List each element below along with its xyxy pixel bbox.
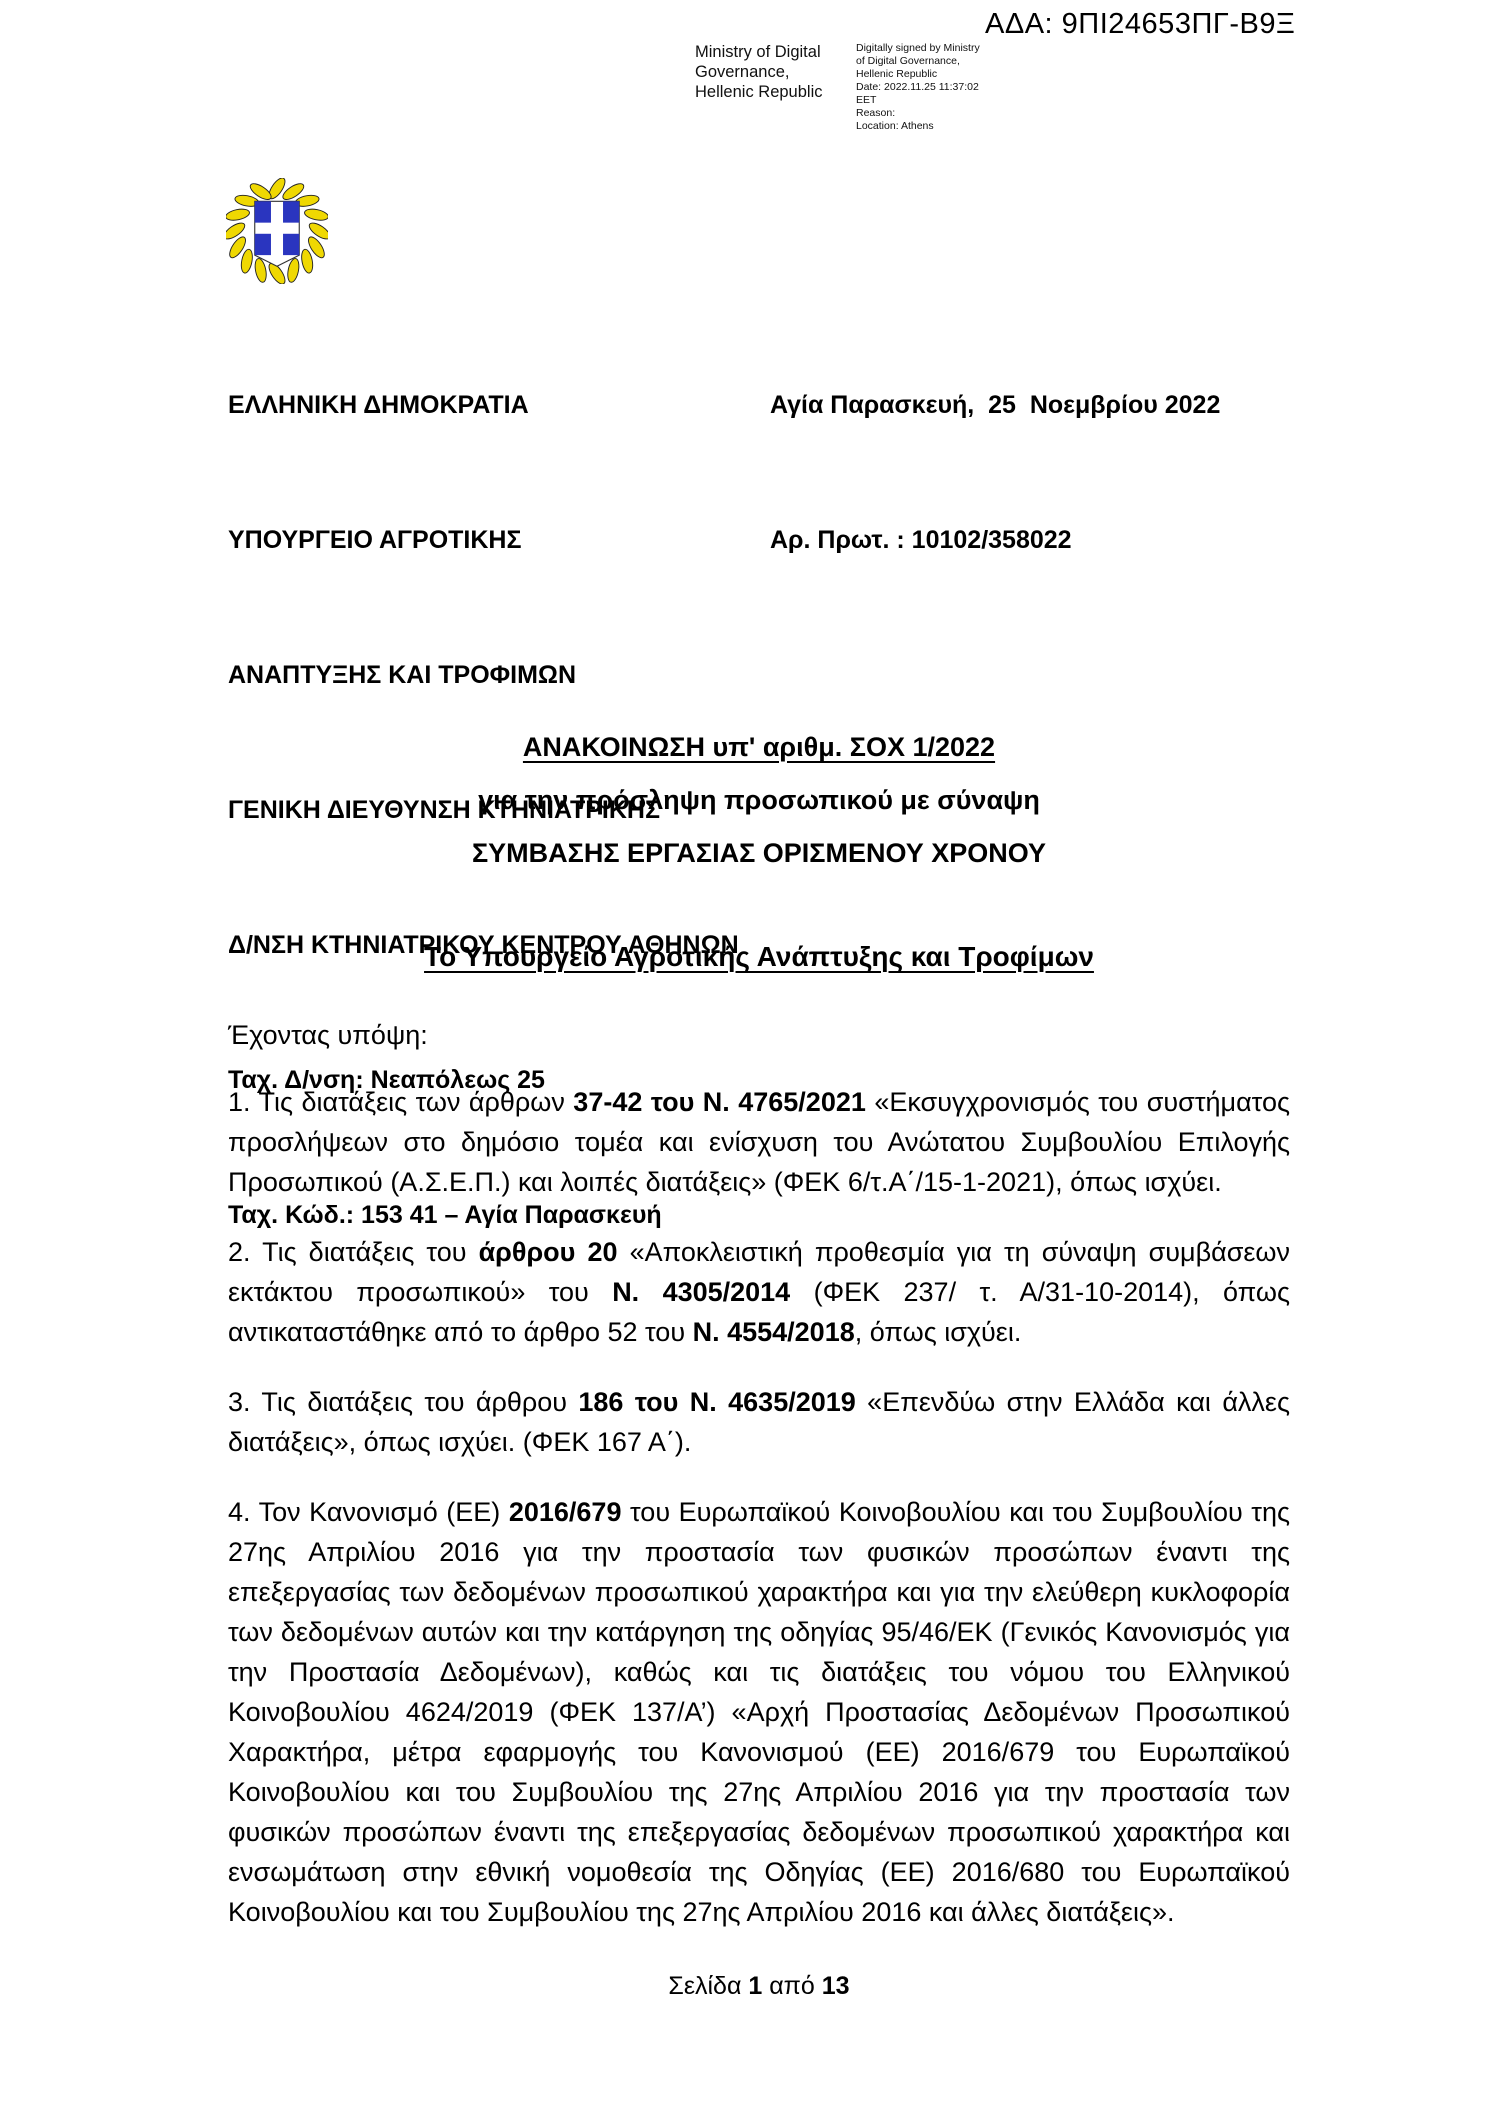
document-page: ΑΔΑ: 9ΠΙ24653ΠΓ-Β9Ξ Ministry of Digital …: [0, 0, 1500, 2123]
intro-line: Έχοντας υπόψη:: [228, 1018, 1290, 1052]
cross-shield: [255, 201, 300, 266]
paragraph-1: 1. Τις διατάξεις των άρθρων 37-42 του Ν.…: [228, 1082, 1290, 1202]
announcement-title: ΑΝΑΚΟΙΝΩΣΗ υπ' αριθμ. ΣΟΧ 1/2022: [228, 730, 1290, 764]
paragraph-4: 4. Τον Κανονισμό (ΕΕ) 2016/679 του Ευρωπ…: [228, 1492, 1290, 1932]
digital-signature-block: Ministry of Digital Governance, Hellenic…: [695, 42, 1016, 133]
signature-signer: Ministry of Digital Governance, Hellenic…: [695, 42, 847, 133]
protocol-number: Αρ. Πρωτ. : 10102/358022: [770, 518, 1220, 563]
ada-code: ΑΔΑ: 9ΠΙ24653ΠΓ-Β9Ξ: [985, 8, 1315, 41]
paragraph-3: 3. Τις διατάξεις του άρθρου 186 του Ν. 4…: [228, 1382, 1290, 1462]
announcement-subtitle-1: για την πρόσληψη προσωπικού με σύναψη: [228, 783, 1290, 817]
announcement-subtitle-2: ΣΥΜΒΑΣΗΣ ΕΡΓΑΣΙΑΣ ΟΡΙΣΜΕΝΟΥ ΧΡΟΝΟΥ: [228, 836, 1290, 870]
org-line: ΕΛΛΗΝΙΚΗ ΔΗΜΟΚΡΑΤΙΑ: [228, 383, 739, 428]
hellenic-coat-of-arms-icon: [226, 178, 328, 284]
issuer-heading: Το Υπουργείο Αγροτικής Ανάπτυξης και Τρο…: [228, 940, 1290, 974]
document-date: Αγία Παρασκευή, 25 Νοεμβρίου 2022: [770, 383, 1220, 428]
org-line: ΥΠΟΥΡΓΕΙΟ ΑΓΡΟΤΙΚΗΣ: [228, 518, 739, 563]
document-body: ΑΝΑΚΟΙΝΩΣΗ υπ' αριθμ. ΣΟΧ 1/2022 για την…: [228, 730, 1290, 1932]
paragraph-2: 2. Τις διατάξεις του άρθρου 20 «Αποκλεισ…: [228, 1232, 1290, 1352]
page-number: Σελίδα 1 από 13: [228, 1972, 1290, 2001]
org-line: ΑΝΑΠΤΥΞΗΣ ΚΑΙ ΤΡΟΦΙΜΩΝ: [228, 653, 739, 698]
signature-details: Digitally signed by Ministry of Digital …: [856, 42, 1016, 133]
date-protocol-block: Αγία Παρασκευή, 25 Νοεμβρίου 2022 Αρ. Πρ…: [770, 293, 1220, 653]
